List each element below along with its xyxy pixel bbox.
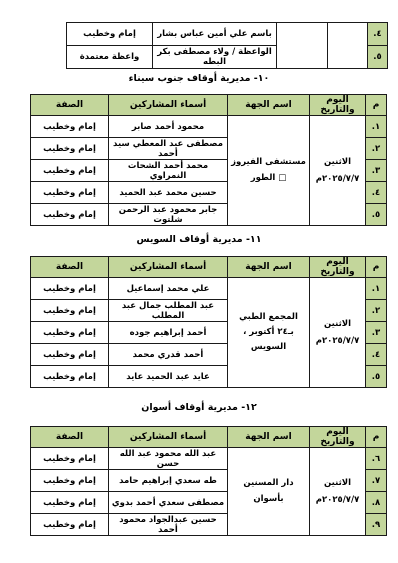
date-cell: الاثنين ٢٠٢٥/٧/٧م — [310, 116, 366, 226]
table-row: ٤. باسم علي أمين عباس بشار إمام وخطيب — [67, 23, 388, 46]
day-label: الاثنين — [312, 475, 363, 491]
entity-cell-empty — [277, 23, 328, 69]
serial-cell: ٤. — [366, 182, 387, 204]
participant-name-cell: حسين عبدالجواد محمود أحمد — [109, 514, 228, 536]
serial-cell: ٧. — [366, 470, 387, 492]
header-cell-serial: م — [366, 95, 387, 116]
header-cell-day-date: اليوم والتاريخ — [310, 257, 366, 278]
serial-cell: ٦. — [366, 448, 387, 470]
header-cell-serial: م — [366, 427, 387, 448]
day-label: الاثنين — [312, 154, 363, 170]
table-header-row: م اليوم والتاريخ اسم الجهة أسماء المشارك… — [31, 257, 387, 278]
role-cell: إمام وخطيب — [31, 514, 109, 536]
participant-name-cell: عبد الله محمود عبد الله حسن — [109, 448, 228, 470]
participant-name-cell: محمد أحمد الشحات النمراوي — [109, 160, 228, 182]
header-cell-entity: اسم الجهة — [228, 95, 310, 116]
date-cell: الاثنين ٢٠٢٥/٧/٧م — [310, 448, 366, 536]
role-cell: إمام وخطيب — [31, 344, 109, 366]
participant-name-cell: مصطفى سعدي أحمد بدوي — [109, 492, 228, 514]
table-header-row: م اليوم والتاريخ اسم الجهة أسماء المشارك… — [31, 95, 387, 116]
serial-cell: ١. — [366, 278, 387, 300]
role-cell: إمام وخطيب — [31, 182, 109, 204]
serial-cell: ٣. — [366, 160, 387, 182]
participant-name-cell: باسم علي أمين عباس بشار — [153, 23, 277, 46]
serial-cell: ٥. — [368, 46, 388, 69]
participant-name-cell: حسين محمد عبد الحميد — [109, 182, 228, 204]
role-cell: إمام وخطيب — [31, 116, 109, 138]
document-page: ٤. باسم علي أمين عباس بشار إمام وخطيب ٥.… — [0, 0, 398, 536]
role-cell: واعظة معتمدة — [67, 46, 153, 69]
entity-cell: دار المسنين بأسوان — [228, 448, 310, 536]
role-cell: إمام وخطيب — [31, 492, 109, 514]
header-cell-day-date: اليوم والتاريخ — [310, 427, 366, 448]
serial-cell: ٣. — [366, 322, 387, 344]
serial-cell: ٢. — [366, 138, 387, 160]
participant-name-cell: محمود أحمد صابر — [109, 116, 228, 138]
table-header-row: م اليوم والتاريخ اسم الجهة أسماء المشارك… — [31, 427, 387, 448]
role-cell: إمام وخطيب — [31, 448, 109, 470]
participant-name-cell: أحمد إبراهيم جوده — [109, 322, 228, 344]
entity-cell: المجمع الطبي بـ٢٤ أكتوبر ، السويس — [228, 278, 310, 388]
section-heading-aswan: ١٢- مديرية أوقاف أسوان — [0, 402, 398, 414]
participant-name-cell: طه سعدي إبراهيم حامد — [109, 470, 228, 492]
participant-name-cell: عبد المطلب جمال عبد المطلب — [109, 300, 228, 322]
role-cell: إمام وخطيب — [31, 204, 109, 226]
participant-name-cell: عايد عبد الحميد عايد — [109, 366, 228, 388]
table-row: ١. الاثنين ٢٠٢٥/٧/٧م المجمع الطبي بـ٢٤ أ… — [31, 278, 387, 300]
role-cell: إمام وخطيب — [31, 138, 109, 160]
serial-cell: ٤. — [368, 23, 388, 46]
serial-cell: ٢. — [366, 300, 387, 322]
table-row: ٦. الاثنين ٢٠٢٥/٧/٧م دار المسنين بأسوان … — [31, 448, 387, 470]
day-label: الاثنين — [312, 316, 363, 332]
role-cell: إمام وخطيب — [31, 160, 109, 182]
role-cell: إمام وخطيب — [31, 278, 109, 300]
serial-cell: ٤. — [366, 344, 387, 366]
section-heading-suez: ١١- مديرية أوقاف السويس — [0, 234, 398, 246]
role-cell: إمام وخطيب — [31, 470, 109, 492]
header-cell-participants: أسماء المشاركين — [109, 257, 228, 278]
serial-cell: ٨. — [366, 492, 387, 514]
header-cell-serial: م — [366, 257, 387, 278]
header-cell-role: الصفة — [31, 427, 109, 448]
role-cell: إمام وخطيب — [31, 300, 109, 322]
continuation-table: ٤. باسم علي أمين عباس بشار إمام وخطيب ٥.… — [66, 22, 388, 69]
date-cell: الاثنين ٢٠٢٥/٧/٧م — [310, 278, 366, 388]
participant-name-cell: علي محمد إسماعيل — [109, 278, 228, 300]
date-value: ٢٠٢٥/٧/٧م — [312, 492, 363, 508]
header-cell-role: الصفة — [31, 95, 109, 116]
role-cell: إمام وخطيب — [31, 322, 109, 344]
section-heading-south-sinai: ١٠- مديرية أوقاف جنوب سيناء — [0, 73, 398, 85]
header-cell-day-date: اليوم والتاريخ — [310, 95, 366, 116]
participant-name-cell: مصطفى عبد المعطي سيد أحمد — [109, 138, 228, 160]
serial-cell: ٥. — [366, 366, 387, 388]
role-cell: إمام وخطيب — [31, 366, 109, 388]
schedule-table-south-sinai: م اليوم والتاريخ اسم الجهة أسماء المشارك… — [30, 94, 387, 226]
header-cell-entity: اسم الجهة — [228, 427, 310, 448]
table-row: ١. الاثنين ٢٠٢٥/٧/٧م مستشفى الفيروز □ ال… — [31, 116, 387, 138]
serial-cell: ٥. — [366, 204, 387, 226]
participant-name-cell: الواعظة / ولاء مصطفى بكر البطه — [153, 46, 277, 69]
participant-name-cell: أحمد قدري محمد — [109, 344, 228, 366]
header-cell-entity: اسم الجهة — [228, 257, 310, 278]
date-value: ٢٠٢٥/٧/٧م — [312, 171, 363, 187]
entity-cell: مستشفى الفيروز □ الطور — [228, 116, 310, 226]
date-value: ٢٠٢٥/٧/٧م — [312, 333, 363, 349]
serial-cell: ٩. — [366, 514, 387, 536]
schedule-table-suez: م اليوم والتاريخ اسم الجهة أسماء المشارك… — [30, 256, 387, 388]
header-cell-role: الصفة — [31, 257, 109, 278]
schedule-table-aswan: م اليوم والتاريخ اسم الجهة أسماء المشارك… — [30, 426, 387, 536]
role-cell: إمام وخطيب — [67, 23, 153, 46]
header-cell-participants: أسماء المشاركين — [109, 427, 228, 448]
header-cell-participants: أسماء المشاركين — [109, 95, 228, 116]
serial-cell: ١. — [366, 116, 387, 138]
participant-name-cell: جابر محمود عبد الرحمن شلتوت — [109, 204, 228, 226]
date-cell-empty — [328, 23, 368, 69]
